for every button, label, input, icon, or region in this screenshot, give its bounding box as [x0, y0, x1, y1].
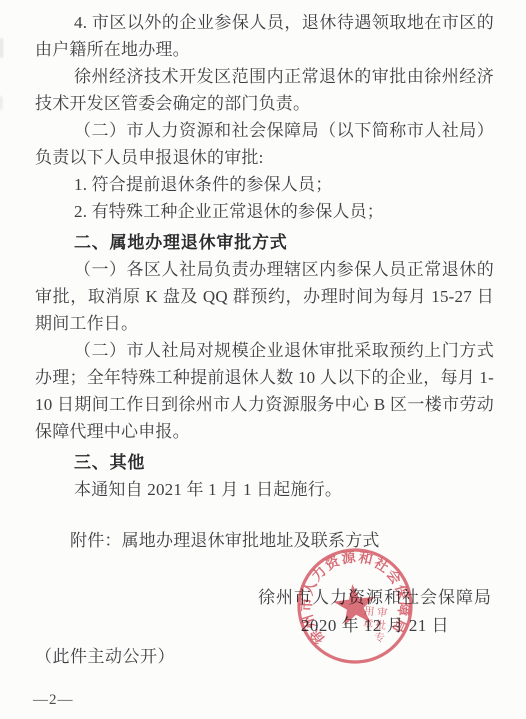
- signature-block: 徐州市人力资源和社会保障局 2020 年 12 月 21 日: [258, 584, 492, 641]
- paragraph-devzone: 徐州经济技术开发区范围内正常退休的审批由徐州经济技术开发区管委会确定的部门负责。: [35, 63, 494, 117]
- disclosure-note: （此件主动公开）: [35, 643, 494, 670]
- signature-org: 徐州市人力资源和社会保障局: [258, 584, 492, 611]
- paragraph-section1-item2: （二）市人力资源和社会保障局（以下简称市人社局）负责以下人员申报退休的审批:: [35, 117, 494, 171]
- paragraph-section2-item1: （一）各区人社局负责办理辖区内参保人员正常退休的审批，取消原 K 盘及 QQ 群…: [35, 256, 494, 337]
- paragraph-item-4: 4. 市区以外的企业参保人员，退休待遇领取地在市区的由户籍所在地办理。: [35, 9, 494, 63]
- paragraph-effective-date: 本通知自 2021 年 1 月 1 日起施行。: [35, 476, 494, 503]
- page-number: —2—: [33, 692, 74, 709]
- document-page: 4. 市区以外的企业参保人员，退休待遇领取地在市区的由户籍所在地办理。 徐州经济…: [0, 0, 526, 719]
- heading-section-3: 三、其他: [35, 449, 494, 476]
- attachment-line: 附件：属地办理退休审批地址及联系方式: [35, 527, 494, 554]
- list-item-2: 2. 有特殊工种企业正常退休的参保人员；: [35, 198, 494, 225]
- list-item-1: 1. 符合提前退休条件的参保人员；: [35, 171, 494, 198]
- paragraph-section2-item2: （二）市人社局对规模企业退休审批采取预约上门方式办理；全年特殊工种提前退休人数 …: [35, 337, 494, 445]
- signature-date: 2020 年 12 月 21 日: [258, 611, 492, 641]
- scan-artifact: [0, 38, 3, 58]
- heading-section-2: 二、属地办理退休审批方式: [35, 229, 494, 256]
- scan-artifact: [0, 96, 2, 110]
- document-body: 4. 市区以外的企业参保人员，退休待遇领取地在市区的由户籍所在地办理。 徐州经济…: [35, 9, 494, 670]
